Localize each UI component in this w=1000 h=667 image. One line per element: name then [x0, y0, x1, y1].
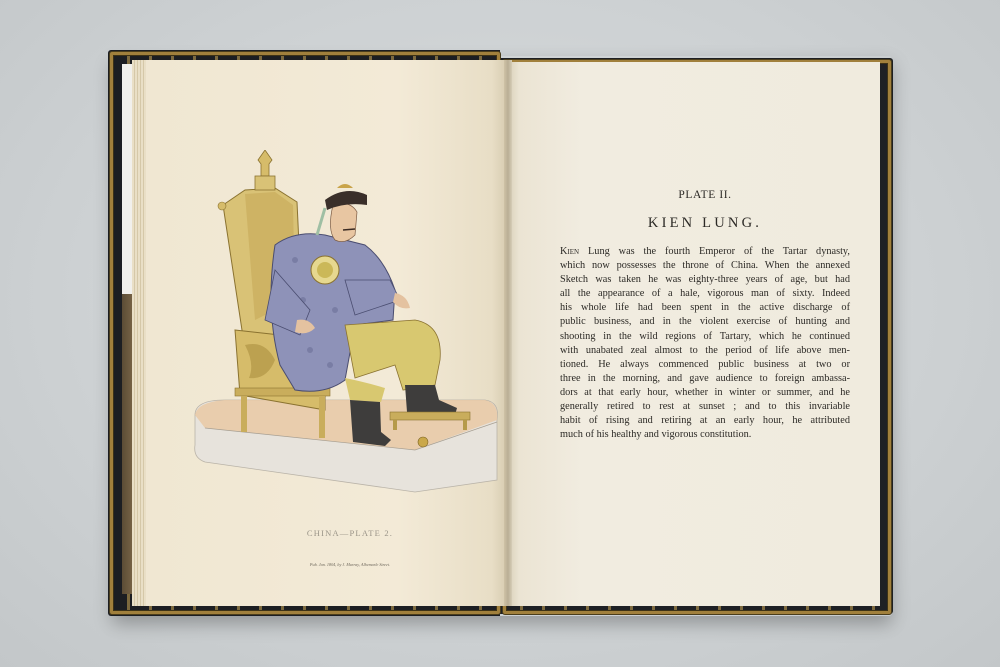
body-text: Kien Lung was the fourth Emperor of the …	[560, 245, 850, 442]
text-line: three in the morning, and gave audience …	[560, 372, 850, 386]
text-line: which now possesses the throne of China.…	[560, 259, 850, 273]
text-line: generally retired to rest at sunset ; an…	[560, 400, 850, 414]
text-line: shooting in the wild regions of Tartary,…	[560, 330, 850, 344]
text-line: tioned. He always commenced public busin…	[560, 358, 850, 372]
plate-caption: CHINA—PLATE 2.	[250, 528, 450, 538]
emperor-illustration	[185, 150, 505, 500]
text-line: his whole life had been spent in the act…	[560, 301, 850, 315]
text-line: all the appearance of a hale, vigorous m…	[560, 287, 850, 301]
text-line: Kien Lung was the fourth Emperor of the …	[560, 245, 850, 259]
text-line: with unabated zeal almost to the period …	[560, 344, 850, 358]
lead-word: Kien	[560, 246, 579, 257]
text-line: habit of rising and retiring at an early…	[560, 414, 850, 428]
text-line: public business, and in the violent exer…	[560, 315, 850, 329]
publisher-imprint: Pub. Jan. 1804, by J. Murray, Albemarle …	[250, 562, 450, 567]
text-line: much of his healthy and vigorous constit…	[560, 428, 850, 442]
plate-title: KIEN LUNG.	[560, 215, 850, 232]
text-line: dors at that early hour, whether in wint…	[560, 386, 850, 400]
book-gutter	[504, 60, 512, 606]
open-book: CHINA—PLATE 2. Pub. Jan. 1804, by J. Mur…	[0, 0, 1000, 667]
text-line: Sketch was taken he was eighty-three yea…	[560, 273, 850, 287]
plate-description: PLATE II. KIEN LUNG. Kien Lung was the f…	[560, 185, 850, 442]
plate-number: PLATE II.	[560, 189, 850, 201]
